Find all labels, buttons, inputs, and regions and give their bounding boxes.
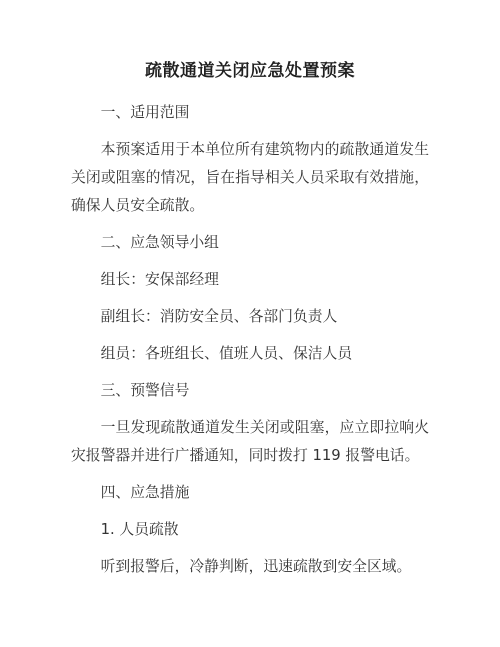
line-team-leader: 组长：安保部经理: [71, 266, 429, 294]
paragraph-evacuation-body: 听到报警后，冷静判断，迅速疏散到安全区域。: [71, 553, 429, 581]
section-heading-leadership-group: 二、应急领导小组: [71, 229, 429, 257]
paragraph-warning-body: 一旦发现疏散通道发生关闭或阻塞，应立即拉响火灾报警器并进行广播通知，同时拨打 1…: [71, 414, 429, 470]
subheading-personnel-evacuation: 1. 人员疏散: [71, 516, 429, 544]
line-deputy-leaders: 副组长：消防安全员、各部门负责人: [71, 303, 429, 331]
paragraph-scope-body: 本预案适用于本单位所有建筑物内的疏散通道发生关闭或阻塞的情况，旨在指导相关人员采…: [71, 136, 429, 220]
section-heading-emergency-measures: 四、应急措施: [71, 479, 429, 507]
line-team-members: 组员：各班组长、值班人员、保洁人员: [71, 340, 429, 368]
section-heading-scope: 一、适用范围: [71, 99, 429, 127]
section-heading-warning-signal: 三、预警信号: [71, 377, 429, 405]
document-page: 疏散通道关闭应急处置预案 一、适用范围 本预案适用于本单位所有建筑物内的疏散通道…: [0, 0, 500, 647]
document-title: 疏散通道关闭应急处置预案: [71, 59, 429, 83]
